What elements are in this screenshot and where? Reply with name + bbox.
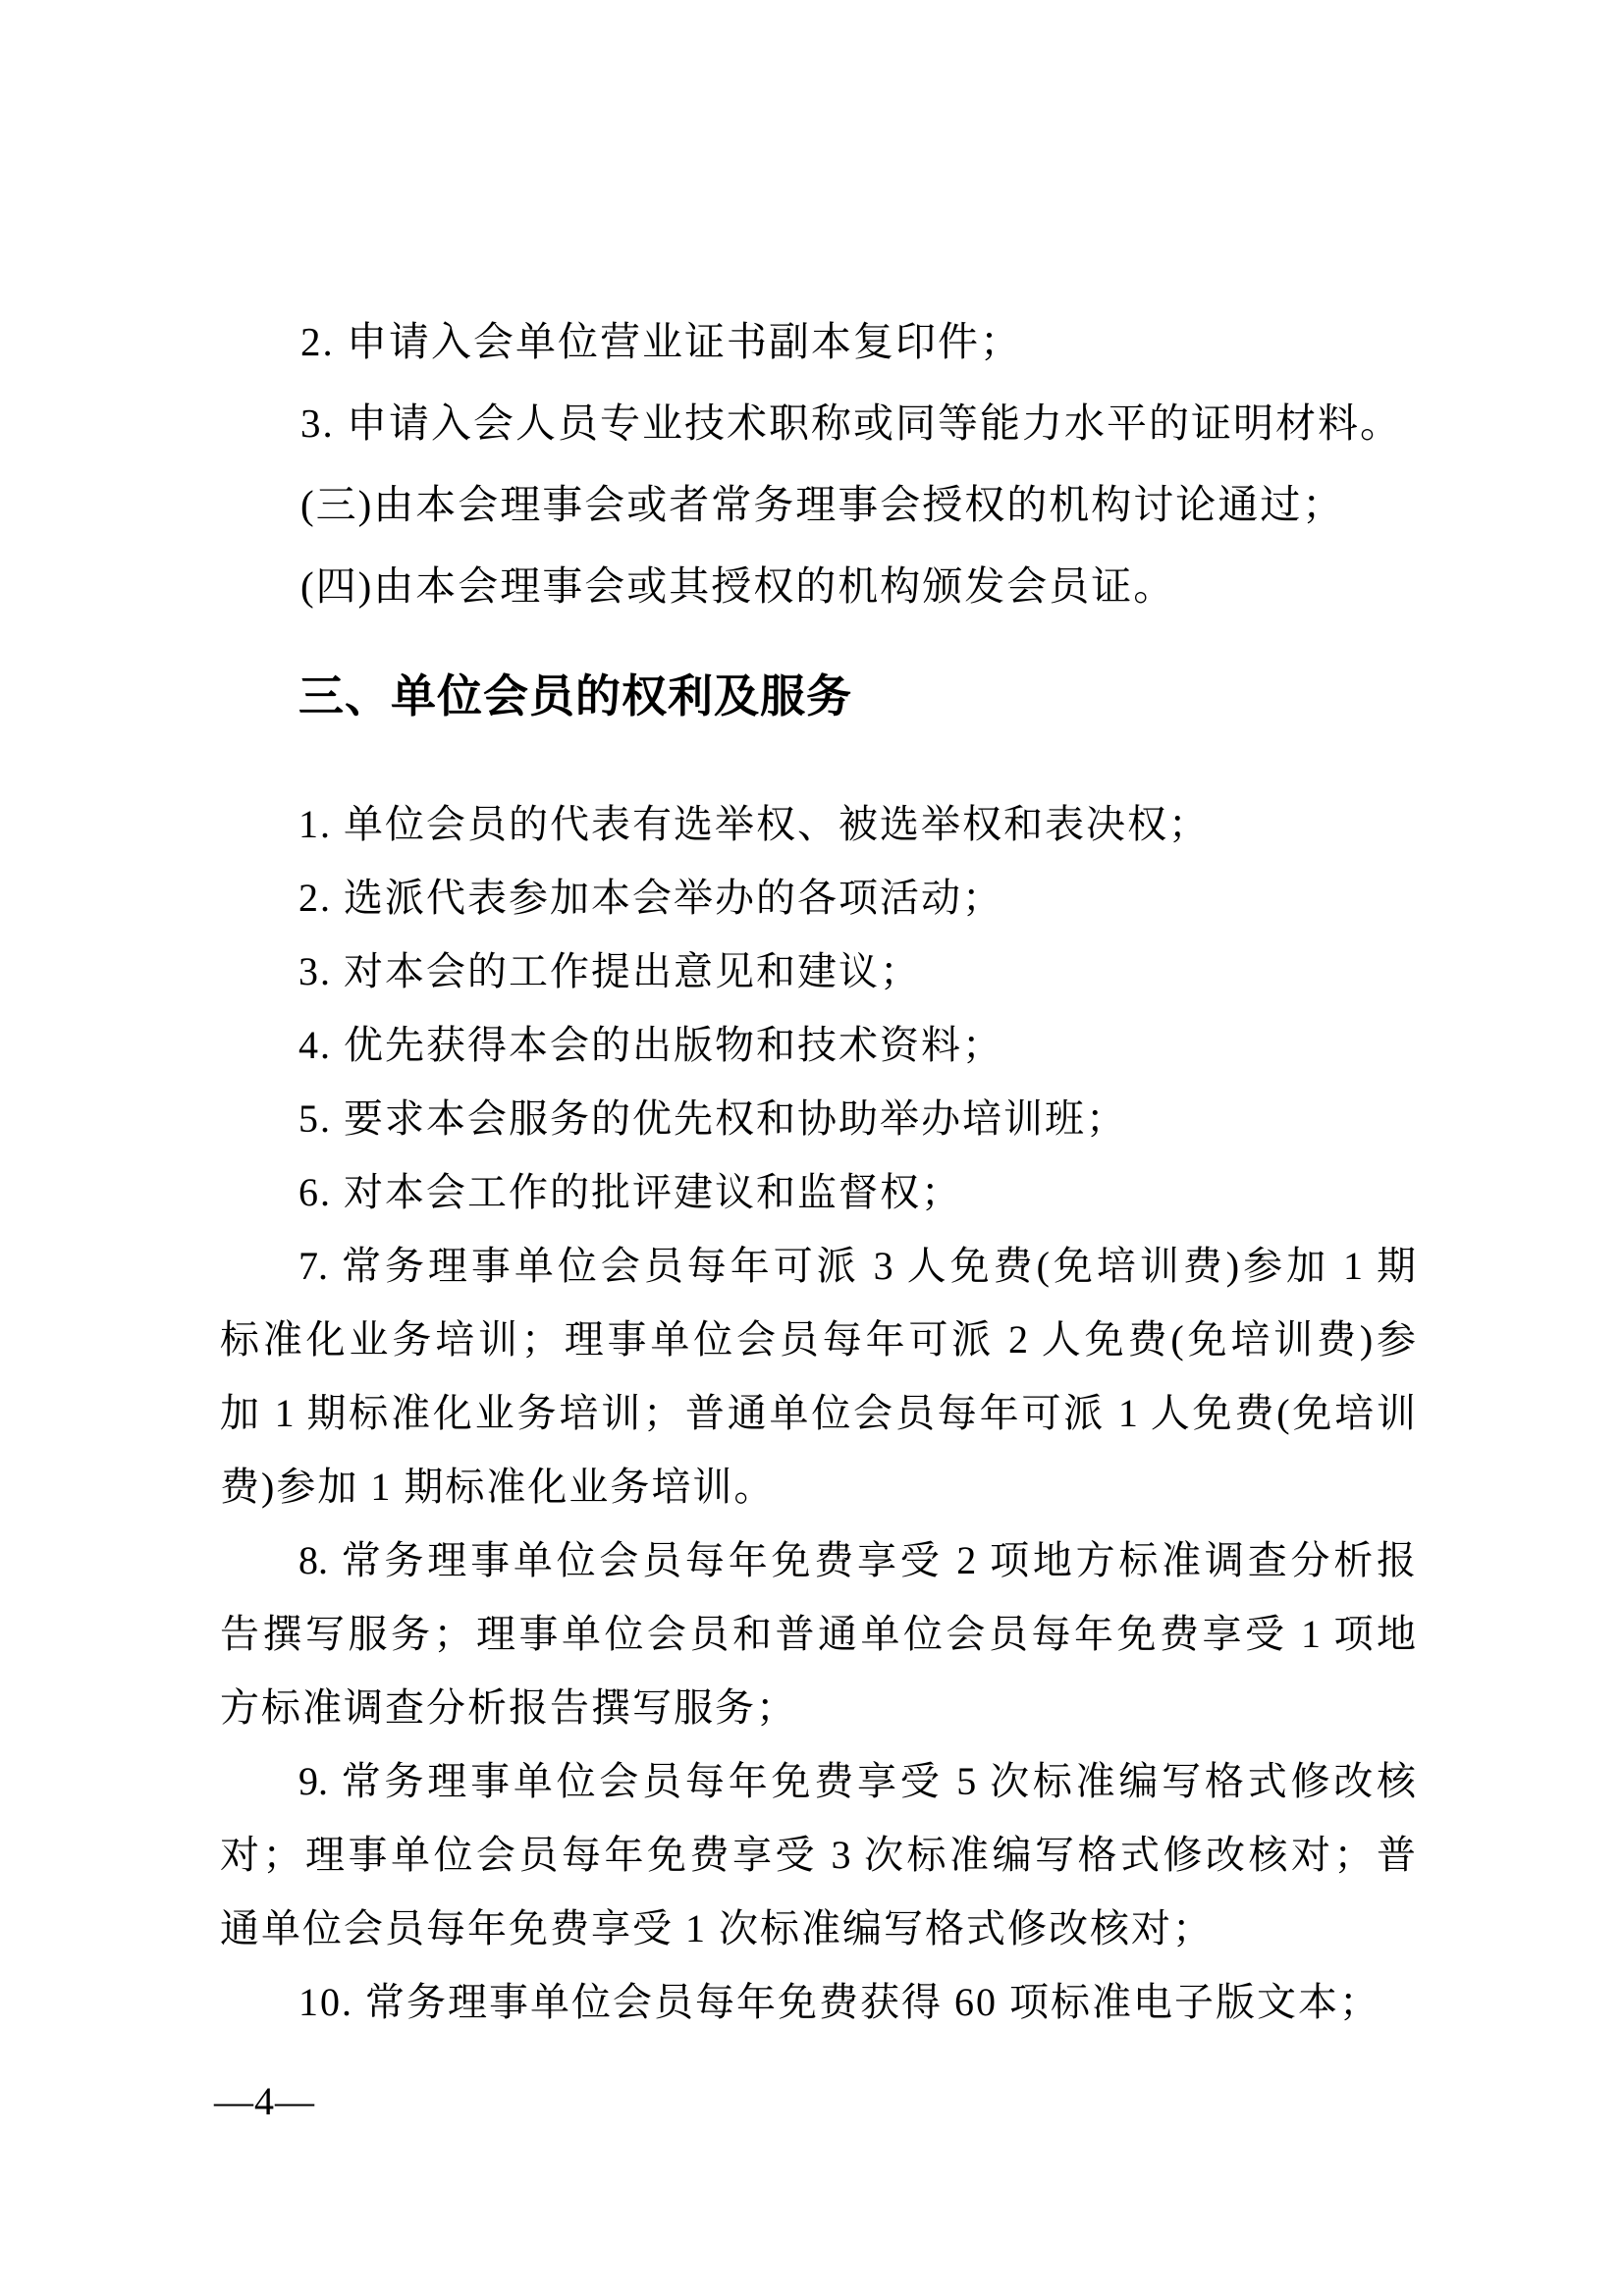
paragraph-line: 通单位会员每年免费享受 1 次标准编写格式修改核对； bbox=[220, 1892, 1416, 1965]
paragraph-line: 10. 常务理事单位会员每年免费获得 60 项标准电子版文本； bbox=[220, 1965, 1416, 2039]
paragraph-line: 费)参加 1 期标准化业务培训。 bbox=[220, 1450, 1416, 1523]
paragraph-line: 5. 要求本会服务的优先权和协助举办培训班； bbox=[220, 1082, 1416, 1155]
document-page: 2. 申请入会单位营业证书副本复印件； 3. 申请入会人员专业技术职称或同等能力… bbox=[0, 0, 1623, 2296]
paragraph-line: 告撰写服务；理事单位会员和普通单位会员每年免费享受 1 项地 bbox=[220, 1597, 1416, 1671]
paragraph-line: 标准化业务培训；理事单位会员每年可派 2 人免费(免培训费)参 bbox=[220, 1303, 1416, 1376]
paragraph-line: 方标准调查分析报告撰写服务； bbox=[220, 1671, 1416, 1744]
paragraph-line: 6. 对本会工作的批评建议和监督权； bbox=[220, 1155, 1416, 1229]
intro-section: 2. 申请入会单位营业证书副本复印件； 3. 申请入会人员专业技术职称或同等能力… bbox=[220, 301, 1416, 627]
paragraph-line: (三)由本会理事会或者常务理事会授权的机构讨论通过； bbox=[220, 464, 1416, 546]
paragraph-line: 8. 常务理事单位会员每年免费享受 2 项地方标准调查分析报 bbox=[220, 1523, 1416, 1597]
paragraph-line: 3. 申请入会人员专业技术职称或同等能力水平的证明材料。 bbox=[220, 383, 1416, 464]
body-section: 1. 单位会员的代表有选举权、被选举权和表决权； 2. 选派代表参加本会举办的各… bbox=[220, 787, 1416, 2039]
paragraph-line: (四)由本会理事会或其授权的机构颁发会员证。 bbox=[220, 546, 1416, 627]
page-number: —4— bbox=[214, 2079, 315, 2123]
paragraph-line: 3. 对本会的工作提出意见和建议； bbox=[220, 934, 1416, 1008]
paragraph-line: 1. 单位会员的代表有选举权、被选举权和表决权； bbox=[220, 787, 1416, 861]
paragraph-line: 4. 优先获得本会的出版物和技术资料； bbox=[220, 1008, 1416, 1082]
paragraph-line: 7. 常务理事单位会员每年可派 3 人免费(免培训费)参加 1 期 bbox=[220, 1229, 1416, 1303]
section-heading: 三、单位会员的权利及服务 bbox=[220, 664, 1416, 728]
paragraph-line: 9. 常务理事单位会员每年免费享受 5 次标准编写格式修改核 bbox=[220, 1744, 1416, 1818]
paragraph-line: 2. 选派代表参加本会举办的各项活动； bbox=[220, 861, 1416, 934]
paragraph-line: 对；理事单位会员每年免费享受 3 次标准编写格式修改核对；普 bbox=[220, 1818, 1416, 1892]
paragraph-line: 2. 申请入会单位营业证书副本复印件； bbox=[220, 301, 1416, 383]
paragraph-line: 加 1 期标准化业务培训；普通单位会员每年可派 1 人免费(免培训 bbox=[220, 1376, 1416, 1450]
